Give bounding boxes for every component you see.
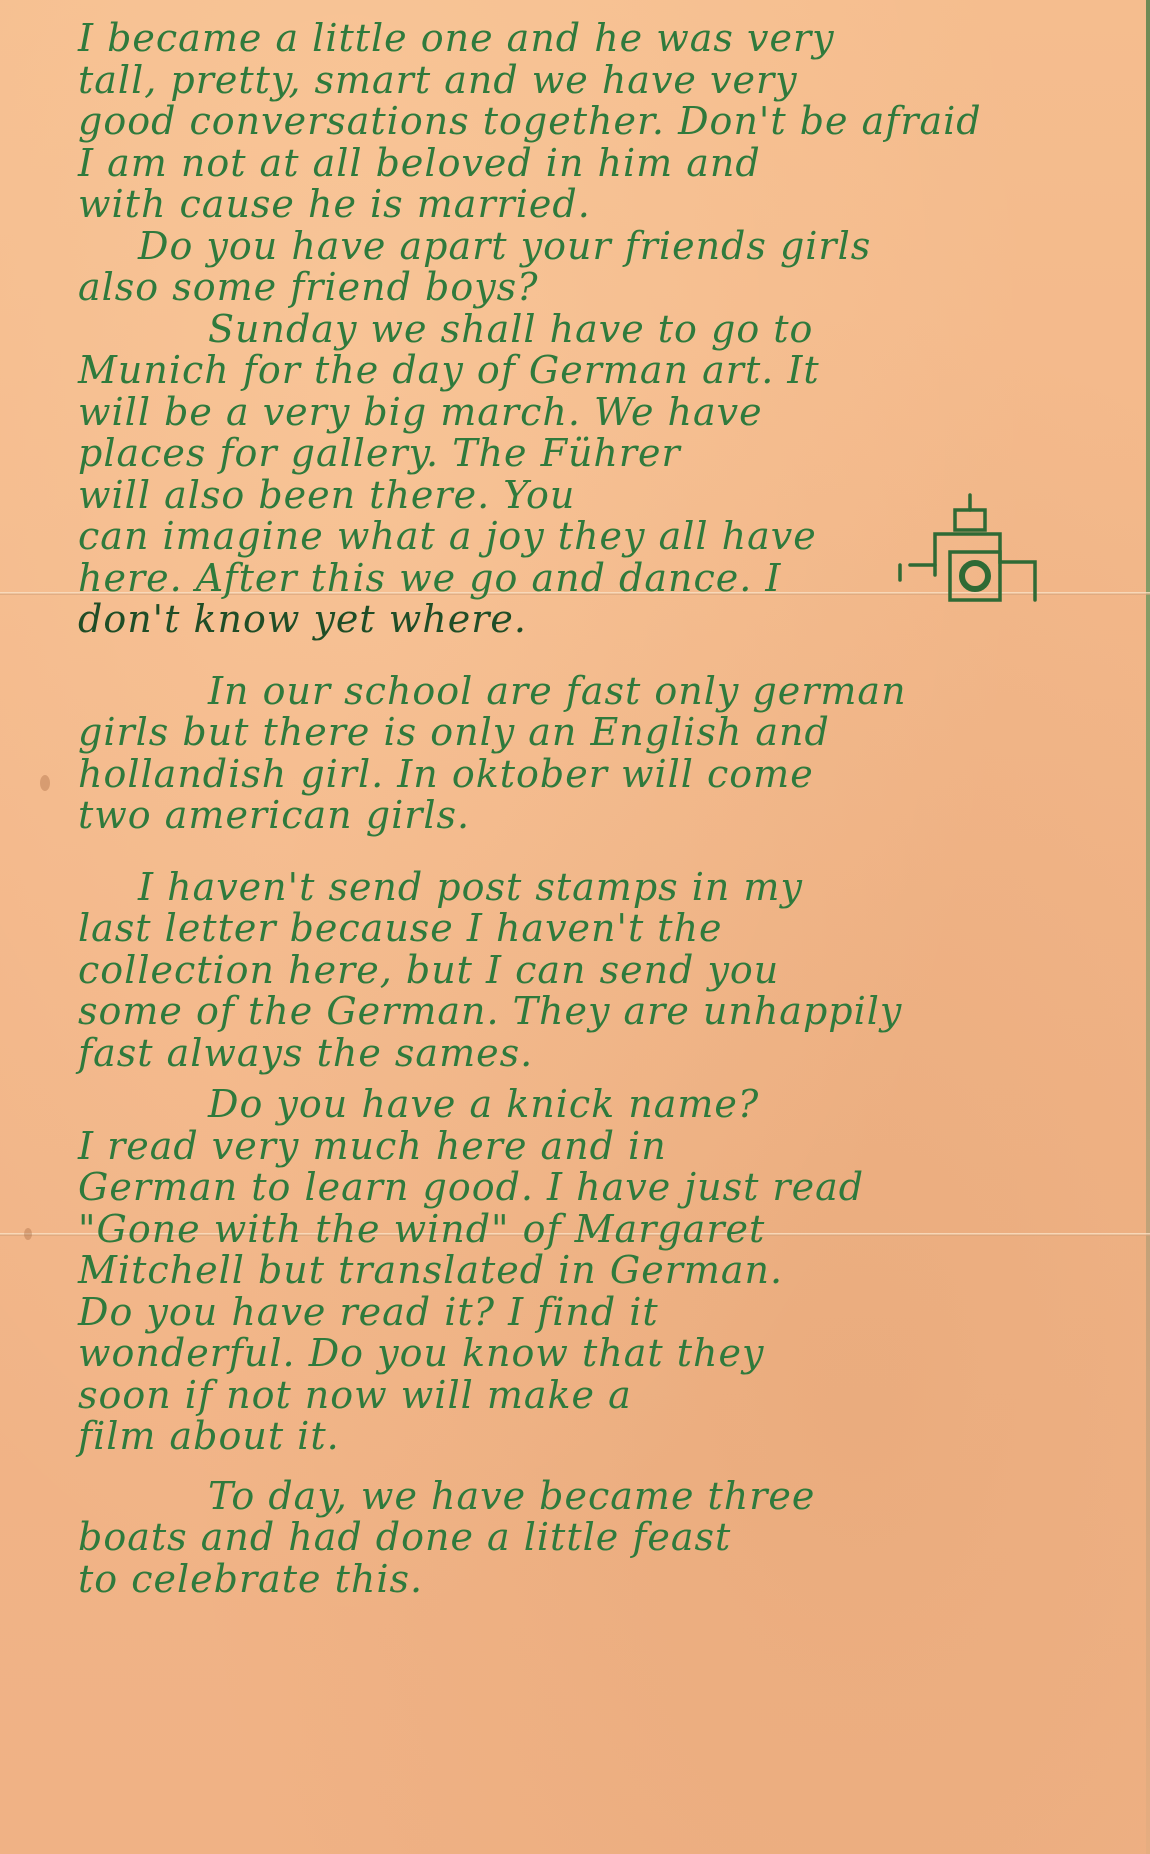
stain-mark <box>24 1228 32 1240</box>
text-line: "Gone with the wind" of Margaret <box>78 1209 1088 1251</box>
text-line: boats and had done a little feast <box>78 1517 1088 1559</box>
text-line: good conversations together. Don't be af… <box>78 101 1088 143</box>
text-line: Sunday we shall have to go to <box>78 309 1088 351</box>
stain-mark <box>40 775 50 791</box>
text-line: girls but there is only an English and <box>78 712 1088 754</box>
text-line: soon if not now will make a <box>78 1375 1088 1417</box>
text-line: to celebrate this. <box>78 1559 1088 1601</box>
paper-edge-strip <box>1146 0 1150 1854</box>
letter-body: I became a little one and he was very ta… <box>78 18 1088 1600</box>
text-line: tall, pretty, smart and we have very <box>78 60 1088 102</box>
text-line: I haven't send post stamps in my <box>78 867 1088 909</box>
text-line: Munich for the day of German art. It <box>78 350 1088 392</box>
letter-page: I became a little one and he was very ta… <box>0 0 1150 1854</box>
text-line: I read very much here and in <box>78 1126 1088 1168</box>
text-line: two american girls. <box>78 795 1088 837</box>
podium-sketch-icon <box>895 490 1065 610</box>
text-line: Mitchell but translated in German. <box>78 1250 1088 1292</box>
text-line: hollandish girl. In oktober will come <box>78 754 1088 796</box>
text-line: last letter because I haven't the <box>78 908 1088 950</box>
text-line: wonderful. Do you know that they <box>78 1333 1088 1375</box>
text-line: with cause he is married. <box>78 184 1088 226</box>
text-line: In our school are fast only german <box>78 671 1088 713</box>
text-line: German to learn good. I have just read <box>78 1167 1088 1209</box>
text-line: film about it. <box>78 1416 1088 1458</box>
text-line: To day, we have became three <box>78 1476 1088 1518</box>
text-line: Do you have read it? I find it <box>78 1292 1088 1334</box>
text-line: I am not at all beloved in him and <box>78 143 1088 185</box>
text-line: Do you have a knick name? <box>78 1084 1088 1126</box>
text-line: collection here, but I can send you <box>78 950 1088 992</box>
text-line: some of the German. They are unhappily <box>78 991 1088 1033</box>
text-line: will be a very big march. We have <box>78 392 1088 434</box>
text-line: I became a little one and he was very <box>78 18 1088 60</box>
text-line: Do you have apart your friends girls <box>78 226 1088 268</box>
text-line: also some friend boys? <box>78 267 1088 309</box>
text-line: places for gallery. The Führer <box>78 433 1088 475</box>
text-line: fast always the sames. <box>78 1033 1088 1075</box>
